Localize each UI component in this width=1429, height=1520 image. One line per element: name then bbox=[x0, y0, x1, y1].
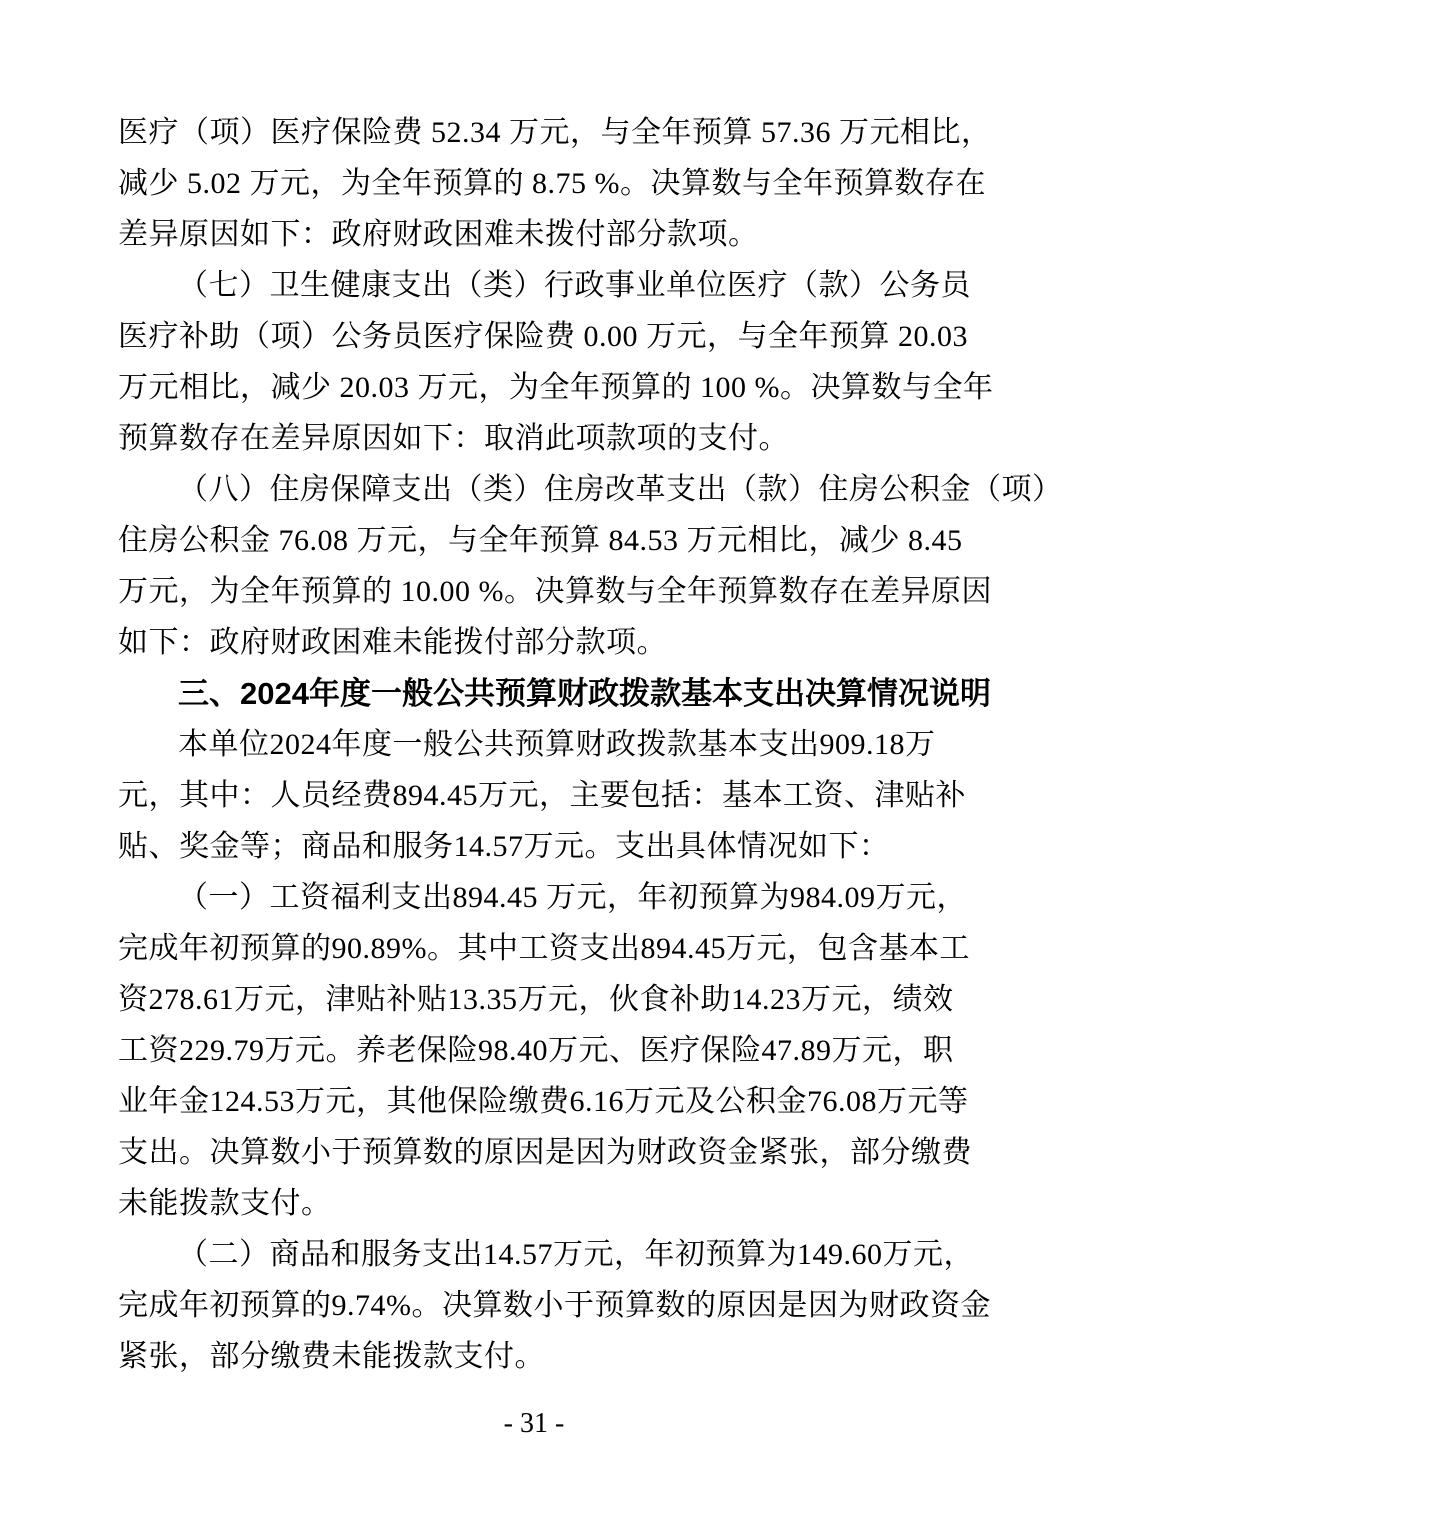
text-line: 资278.61万元，津贴补贴13.35万元，伙食补助14.23万元，绩效 bbox=[118, 974, 950, 1025]
paragraph: （一）工资福利支出894.45 万元，年初预算为984.09万元，完成年初预算的… bbox=[118, 872, 950, 1229]
heading-line: 三、2024年度一般公共预算财政拨款基本支出决算情况说明 bbox=[118, 668, 950, 719]
text-line: （八）住房保障支出（类）住房改革支出（款）住房公积金（项） bbox=[118, 464, 950, 515]
text-line: 本单位2024年度一般公共预算财政拨款基本支出909.18万 bbox=[118, 719, 950, 770]
text-line: 贴、奖金等；商品和服务14.57万元。支出具体情况如下： bbox=[118, 821, 950, 872]
text-line: 预算数存在差异原因如下：取消此项款项的支付。 bbox=[118, 413, 950, 464]
page-footer: - 31 - bbox=[118, 1406, 950, 1442]
text-line: 差异原因如下：政府财政困难未拨付部分款项。 bbox=[118, 209, 950, 260]
paragraph: （八）住房保障支出（类）住房改革支出（款）住房公积金（项）住房公积金 76.08… bbox=[118, 464, 950, 668]
text-line: 万元，为全年预算的 10.00 %。决算数与全年预算数存在差异原因 bbox=[118, 566, 950, 617]
section-heading: 三、2024年度一般公共预算财政拨款基本支出决算情况说明 bbox=[118, 668, 950, 719]
document-body: 医疗（项）医疗保险费 52.34 万元，与全年预算 57.36 万元相比，减少 … bbox=[118, 107, 950, 1382]
text-line: 万元相比，减少 20.03 万元，为全年预算的 100 %。决算数与全年 bbox=[118, 362, 950, 413]
text-line: 业年金124.53万元，其他保险缴费6.16万元及公积金76.08万元等 bbox=[118, 1076, 950, 1127]
page-number: - 31 - bbox=[504, 1408, 565, 1439]
text-line: 医疗（项）医疗保险费 52.34 万元，与全年预算 57.36 万元相比， bbox=[118, 107, 950, 158]
text-line: 元，其中：人员经费894.45万元，主要包括：基本工资、津贴补 bbox=[118, 770, 950, 821]
text-line: 住房公积金 76.08 万元，与全年预算 84.53 万元相比，减少 8.45 bbox=[118, 515, 950, 566]
paragraph: （二）商品和服务支出14.57万元，年初预算为149.60万元，完成年初预算的9… bbox=[118, 1229, 950, 1382]
text-line: 如下：政府财政困难未能拨付部分款项。 bbox=[118, 617, 950, 668]
text-line: 未能拨款支付。 bbox=[118, 1178, 950, 1229]
text-line: 完成年初预算的90.89%。其中工资支出894.45万元，包含基本工 bbox=[118, 923, 950, 974]
text-line: （二）商品和服务支出14.57万元，年初预算为149.60万元， bbox=[118, 1229, 950, 1280]
text-line: 支出。决算数小于预算数的原因是因为财政资金紧张，部分缴费 bbox=[118, 1127, 950, 1178]
text-line: 减少 5.02 万元，为全年预算的 8.75 %。决算数与全年预算数存在 bbox=[118, 158, 950, 209]
text-line: 紧张，部分缴费未能拨款支付。 bbox=[118, 1331, 950, 1382]
document-page: 医疗（项）医疗保险费 52.34 万元，与全年预算 57.36 万元相比，减少 … bbox=[0, 0, 1429, 1520]
paragraph: （七）卫生健康支出（类）行政事业单位医疗（款）公务员医疗补助（项）公务员医疗保险… bbox=[118, 260, 950, 464]
text-line: 医疗补助（项）公务员医疗保险费 0.00 万元，与全年预算 20.03 bbox=[118, 311, 950, 362]
text-line: （一）工资福利支出894.45 万元，年初预算为984.09万元， bbox=[118, 872, 950, 923]
text-line: 工资229.79万元。养老保险98.40万元、医疗保险47.89万元，职 bbox=[118, 1025, 950, 1076]
text-line: 完成年初预算的9.74%。决算数小于预算数的原因是因为财政资金 bbox=[118, 1280, 950, 1331]
paragraph: 本单位2024年度一般公共预算财政拨款基本支出909.18万元，其中：人员经费8… bbox=[118, 719, 950, 872]
text-line: （七）卫生健康支出（类）行政事业单位医疗（款）公务员 bbox=[118, 260, 950, 311]
paragraph: 医疗（项）医疗保险费 52.34 万元，与全年预算 57.36 万元相比，减少 … bbox=[118, 107, 950, 260]
